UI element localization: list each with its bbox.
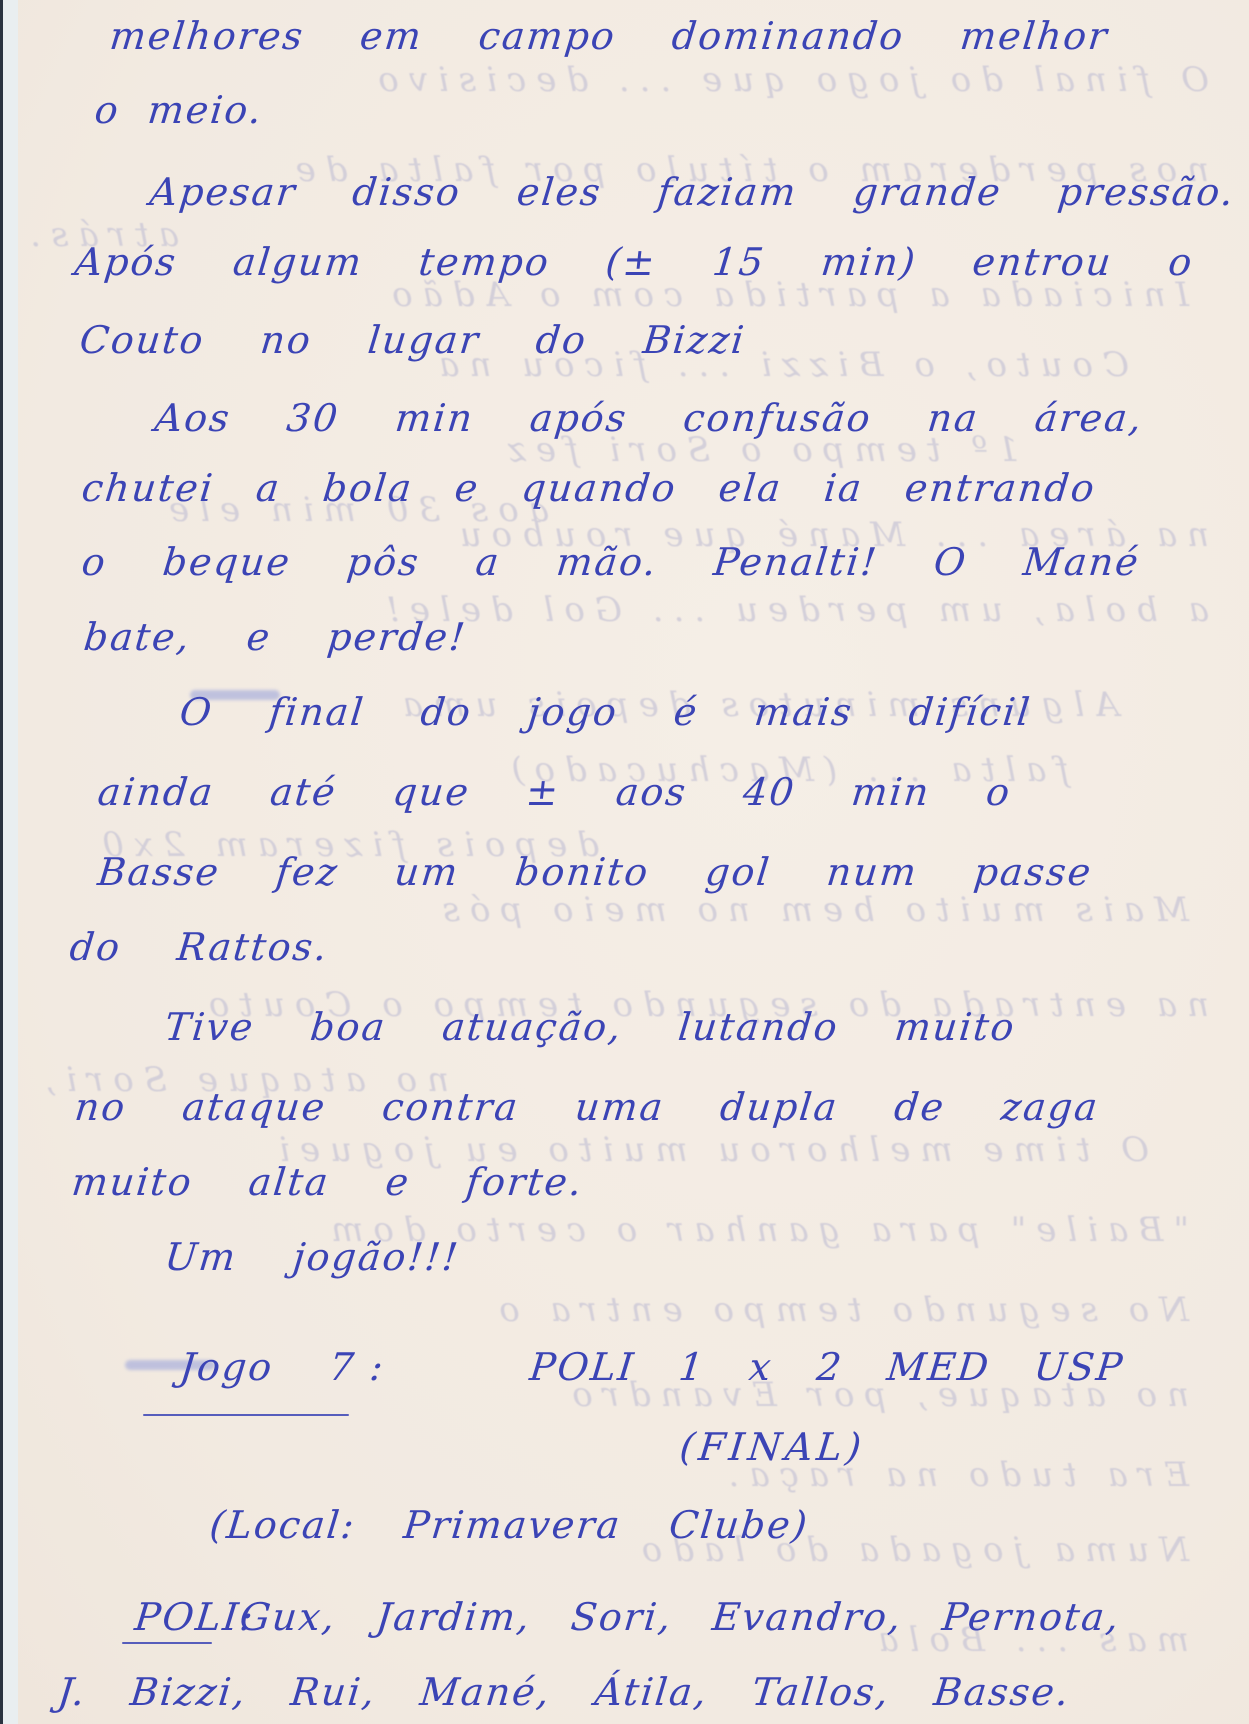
handwritten-line: Após algum tempo (± 15 min) entrou o: [73, 240, 1196, 284]
lineup-line-2: J. Bizzi, Rui, Mané, Átila, Tallos, Bass…: [56, 1670, 1073, 1714]
team-label-underline: [122, 1642, 212, 1644]
handwritten-line: Apesar disso eles faziam grande pressão.: [148, 170, 1238, 214]
handwritten-line: Basse fez um bonito gol num passe: [96, 850, 1095, 894]
handwritten-line: ainda até que ± aos 40 min o: [96, 770, 1014, 814]
handwritten-line: o meio.: [93, 88, 266, 132]
handwritten-line: no ataque contra uma dupla de zaga: [73, 1085, 1102, 1129]
game-label-underline: [143, 1414, 349, 1416]
handwritten-line: O final do jogo é mais difícil: [178, 690, 1034, 734]
handwritten-line: o beque pôs a mão. Penalti! O Mané: [80, 540, 1142, 584]
lineup-line-1: Gux, Jardim, Sori, Evandro, Pernota,: [238, 1595, 1123, 1639]
handwritten-line: Tive boa atuação, lutando muito: [163, 1005, 1018, 1049]
game-label: Jogo 7: [178, 1345, 358, 1389]
page-margin-strip: [3, 0, 18, 1724]
handwritten-line: bate, e perde!: [82, 615, 469, 659]
handwritten-line: Aos 30 min após confusão na área,: [153, 396, 1146, 440]
game-stage: (FINAL): [678, 1425, 868, 1469]
handwritten-line: muito alta e forte.: [70, 1160, 586, 1204]
game-location: (Local: Primavera Clube): [208, 1503, 811, 1547]
handwritten-line: melhores em campo dominando melhor: [108, 14, 1111, 58]
handwritten-line: Couto no lugar do Bizzi: [78, 318, 748, 362]
handwritten-line: chutei a bola e quando ela ia entrando: [80, 466, 1098, 510]
handwritten-line: do Rattos.: [68, 925, 331, 969]
game-title: POLI 1 x 2 MED USP: [528, 1345, 1127, 1389]
handwritten-line: Um jogão!!!: [163, 1235, 462, 1279]
